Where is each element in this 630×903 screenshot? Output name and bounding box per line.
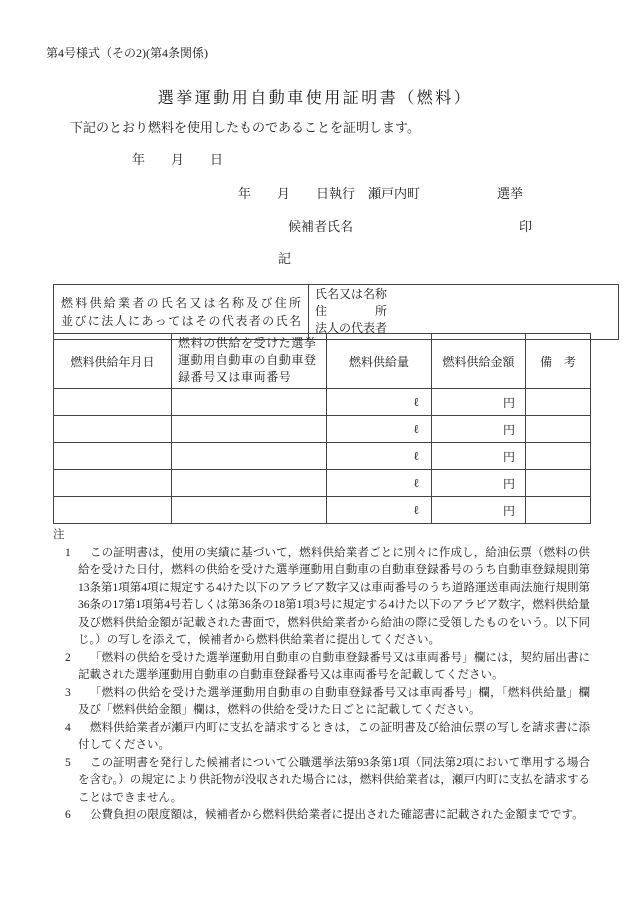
table-row: ℓ 円 xyxy=(54,389,591,416)
supply-date-cell xyxy=(54,416,172,443)
vehicle-number-cell xyxy=(172,470,327,497)
notes-section: 注 1 この証明書は，使用の実績に基づいて，燃料供給業者ごとに別々に作成し，給油… xyxy=(0,527,592,825)
supplier-label-cell: 燃料供給業者の氏名又は名称及び住所 並びに法人にあってはその代表者の氏名 xyxy=(54,285,309,340)
note-number: 1 xyxy=(65,545,71,563)
candidate-name-label: 候補者氏名 xyxy=(288,216,353,235)
vehicle-header-line2: 運動用自動車の自動車登 xyxy=(178,352,324,369)
note-item: 2 「燃料の供給を受けた選挙運動用自動車の自動車登録番号又は車両番号」欄には，契… xyxy=(78,650,590,685)
col-header-supply-date: 燃料供給年月日 xyxy=(54,334,172,389)
table-row: ℓ 円 xyxy=(54,497,591,524)
note-item: 5 この証明書を発行した候補者について公職選挙法第93条第1項（同法第2項におい… xyxy=(78,755,590,808)
note-number: 4 xyxy=(65,720,71,738)
note-item: 6 公費負担の限度額は，候補者から燃料供給業者に提出された確認書に記載された金額… xyxy=(78,807,590,825)
column-header-row: 燃料供給年月日 燃料の供給を受けた選挙 運動用自動車の自動車登 録番号又は車両番… xyxy=(54,334,591,389)
supplier-field-address: 住 所 xyxy=(315,303,612,320)
supply-date-cell xyxy=(54,389,172,416)
record-heading: 記 xyxy=(278,248,291,267)
supply-date-cell xyxy=(54,497,172,524)
note-text: 燃料供給業者が瀬戸内町に支払を請求するときは，この証明書及び給油伝票の写しを請求… xyxy=(78,722,590,752)
supplier-label-line2: 並びに法人にあってはその代表者の氏名 xyxy=(61,312,301,330)
quantity-unit: ℓ xyxy=(327,389,432,416)
document-page: 第4号様式（その2)(第4条関係) 選挙運動用自動車使用証明書（燃料） 下記のと… xyxy=(0,0,630,903)
quantity-unit: ℓ xyxy=(327,416,432,443)
quantity-unit: ℓ xyxy=(327,470,432,497)
vehicle-number-cell xyxy=(172,497,327,524)
note-text: 「燃料の供給を受けた選挙運動用自動車の自動車登録番号又は車両番号」欄，「燃料供給… xyxy=(78,687,590,717)
vehicle-number-cell xyxy=(172,416,327,443)
candidate-line: 候補者氏名 印 xyxy=(288,216,532,235)
vehicle-number-cell xyxy=(172,443,327,470)
note-number: 3 xyxy=(65,685,71,703)
supplier-fields-cell: 氏名又は名称 住 所 法人の代表者 xyxy=(309,285,619,340)
quantity-unit: ℓ xyxy=(327,497,432,524)
note-item: 3 「燃料の供給を受けた選挙運動用自動車の自動車登録番号又は車両番号」欄，「燃料… xyxy=(78,685,590,720)
table-row: ℓ 円 xyxy=(54,470,591,497)
amount-unit: 円 xyxy=(432,497,526,524)
note-number: 5 xyxy=(65,755,71,773)
remarks-cell xyxy=(526,443,591,470)
col-header-quantity: 燃料供給量 xyxy=(327,334,432,389)
supplier-label-line1: 燃料供給業者の氏名又は名称及び住所 xyxy=(61,294,301,312)
note-text: 公費負担の限度額は，候補者から燃料供給業者に提出された確認書に記載された金額まで… xyxy=(90,809,584,821)
vehicle-number-cell xyxy=(172,389,327,416)
note-text: 「燃料の供給を受けた選挙運動用自動車の自動車登録番号又は車両番号」欄には，契約届… xyxy=(78,652,590,682)
execution-date-line: 年 月 日執行 瀬戸内町 選挙 xyxy=(238,183,523,202)
col-header-amount: 燃料供給金額 xyxy=(432,334,526,389)
supplier-table: 燃料供給業者の氏名又は名称及び住所 並びに法人にあってはその代表者の氏名 氏名又… xyxy=(53,284,619,340)
quantity-unit: ℓ xyxy=(327,443,432,470)
table-row: ℓ 円 xyxy=(54,416,591,443)
page-title: 選挙運動用自動車使用証明書（燃料） xyxy=(0,85,630,108)
note-item: 1 この証明書は，使用の実績に基づいて，燃料供給業者ごとに別々に作成し，給油伝票… xyxy=(78,545,590,650)
supplier-header-row: 燃料供給業者の氏名又は名称及び住所 並びに法人にあってはその代表者の氏名 氏名又… xyxy=(54,285,619,340)
table-row: ℓ 円 xyxy=(54,443,591,470)
col-header-vehicle-number: 燃料の供給を受けた選挙 運動用自動車の自動車登 録番号又は車両番号 xyxy=(172,334,327,389)
supply-date-cell xyxy=(54,443,172,470)
notes-label: 注 xyxy=(53,527,592,545)
remarks-cell xyxy=(526,470,591,497)
election-label: 選挙 xyxy=(497,183,523,202)
form-number: 第4号様式（その2)(第4条関係) xyxy=(46,44,208,61)
note-item: 4 燃料供給業者が瀬戸内町に支払を請求するときは，この証明書及び給油伝票の写しを… xyxy=(78,720,590,755)
intro-text: 下記のとおり燃料を使用したものであることを証明します。 xyxy=(70,117,420,136)
supply-date-cell xyxy=(54,470,172,497)
date-line: 年 月 日 xyxy=(132,149,223,168)
amount-unit: 円 xyxy=(432,470,526,497)
amount-unit: 円 xyxy=(432,389,526,416)
col-header-remarks: 備 考 xyxy=(526,334,591,389)
note-text: この証明書を発行した候補者について公職選挙法第93条第1項（同法第2項において準… xyxy=(78,757,590,804)
remarks-cell xyxy=(526,416,591,443)
note-number: 6 xyxy=(65,807,71,825)
supplier-field-name: 氏名又は名称 xyxy=(315,286,612,303)
amount-unit: 円 xyxy=(432,443,526,470)
remarks-cell xyxy=(526,497,591,524)
vehicle-header-line3: 録番号又は車両番号 xyxy=(178,369,324,386)
note-number: 2 xyxy=(65,650,71,668)
amount-unit: 円 xyxy=(432,416,526,443)
execution-date-text: 年 月 日執行 瀬戸内町 xyxy=(238,183,420,202)
fuel-supply-table: 燃料供給年月日 燃料の供給を受けた選挙 運動用自動車の自動車登 録番号又は車両番… xyxy=(53,333,591,524)
vehicle-header-line1: 燃料の供給を受けた選挙 xyxy=(178,335,324,352)
note-text: この証明書は，使用の実績に基づいて，燃料供給業者ごとに別々に作成し，給油伝票（燃… xyxy=(78,547,590,647)
remarks-cell xyxy=(526,389,591,416)
seal-mark: 印 xyxy=(519,216,532,235)
